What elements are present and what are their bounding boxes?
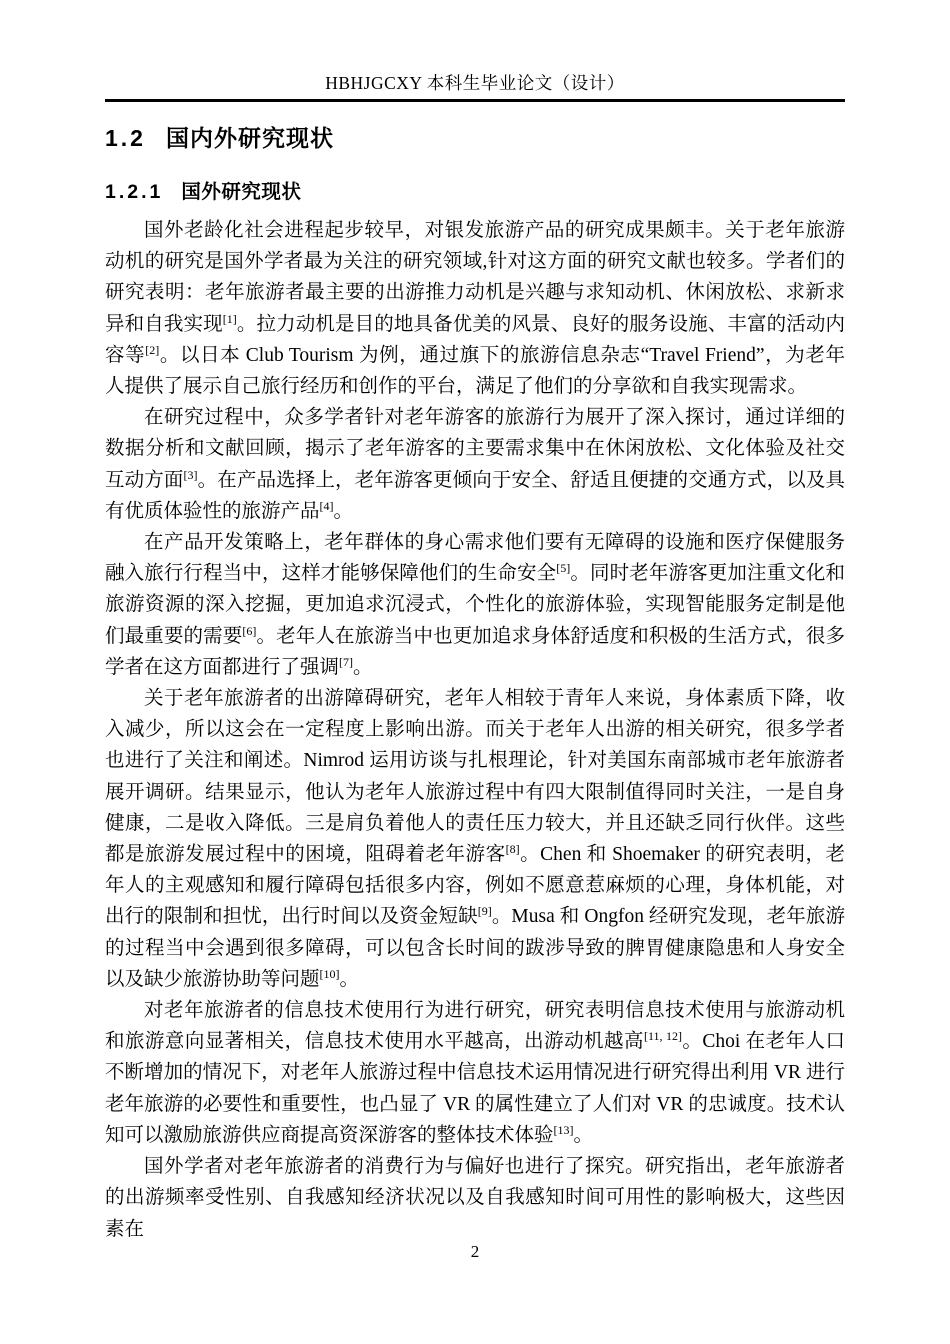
header-title: HBHJGCXY 本科生毕业论文（设计） — [0, 71, 950, 95]
citation-marker: [10] — [320, 967, 340, 981]
citation-marker: [11, 12] — [644, 1029, 682, 1043]
citation-marker: [13] — [554, 1123, 574, 1137]
citation-marker: [2] — [145, 343, 159, 357]
paragraph: 关于老年旅游者的出游障碍研究，老年人相较于青年人来说，身体素质下降，收入减少，所… — [105, 683, 845, 995]
section-title: 国内外研究现状 — [166, 125, 334, 151]
citation-marker: [9] — [478, 904, 492, 918]
citation-marker: [5] — [556, 561, 570, 575]
paragraph: 对老年旅游者的信息技术使用行为进行研究，研究表明信息技术使用与旅游动机和旅游意向… — [105, 995, 845, 1151]
header-rule — [105, 99, 845, 102]
citation-marker: [7] — [339, 655, 353, 669]
citation-marker: [4] — [320, 499, 334, 513]
subsection-title: 国外研究现状 — [181, 181, 301, 203]
citation-marker: [3] — [183, 468, 197, 482]
paragraph: 国外老龄化社会进程起步较早，对银发旅游产品的研究成果颇丰。关于老年旅游动机的研究… — [105, 215, 845, 402]
paragraph: 在产品开发策略上，老年群体的身心需求他们要有无障碍的设施和医疗保健服务融入旅行行… — [105, 527, 845, 683]
page-header: HBHJGCXY 本科生毕业论文（设计） — [0, 0, 950, 102]
body-text: 国外老龄化社会进程起步较早，对银发旅游产品的研究成果颇丰。关于老年旅游动机的研究… — [105, 215, 845, 1245]
section-heading: 1.2国内外研究现状 — [105, 123, 845, 153]
citation-marker: [6] — [242, 624, 256, 638]
section-number: 1.2 — [105, 125, 146, 151]
subsection-number: 1.2.1 — [105, 181, 163, 203]
document-page: HBHJGCXY 本科生毕业论文（设计） 1.2国内外研究现状 1.2.1国外研… — [0, 0, 950, 1344]
citation-marker: [1] — [223, 312, 237, 326]
paragraph: 国外学者对老年旅游者的消费行为与偏好也进行了探究。研究指出，老年旅游者的出游频率… — [105, 1151, 845, 1245]
content-area: 1.2国内外研究现状 1.2.1国外研究现状 国外老龄化社会进程起步较早，对银发… — [105, 123, 845, 1245]
page-number: 2 — [0, 1242, 950, 1262]
citation-marker: [8] — [506, 842, 520, 856]
paragraph: 在研究过程中，众多学者针对老年游客的旅游行为展开了深入探讨，通过详细的数据分析和… — [105, 402, 845, 527]
subsection-heading: 1.2.1国外研究现状 — [105, 179, 845, 205]
